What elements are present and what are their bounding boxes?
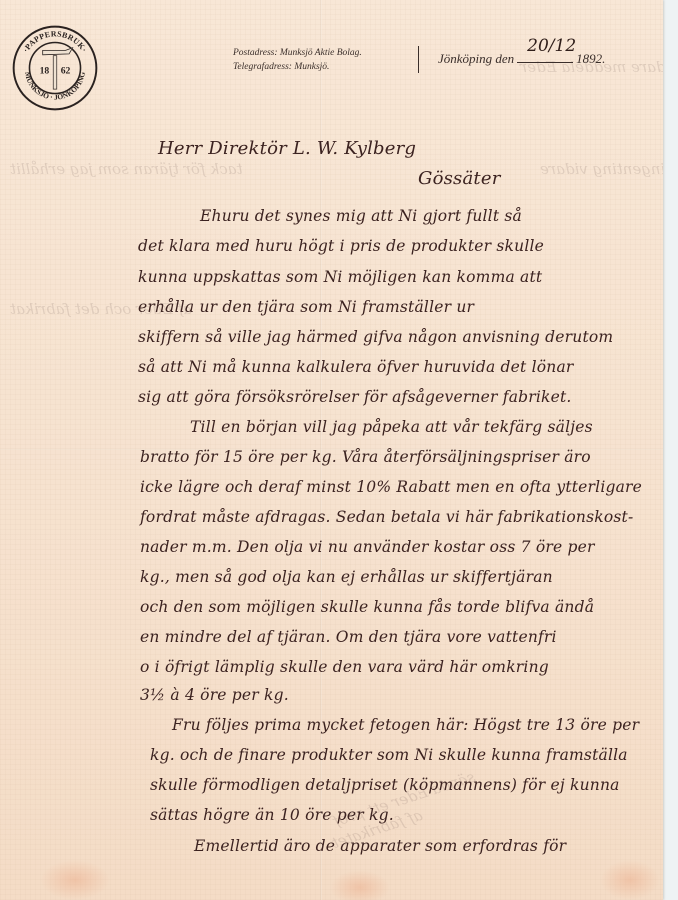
year-label: 1892. — [576, 51, 605, 67]
body-line: kunna uppskattas som Ni möjligen kan kom… — [138, 268, 542, 286]
body-line: skulle förmodligen detaljpriset (köpmann… — [150, 776, 620, 794]
handwritten-date: 20/12 — [527, 36, 576, 56]
body-line: kg. och de finare produkter som Ni skull… — [150, 746, 628, 764]
svg-text:62: 62 — [61, 65, 71, 76]
date-blank: 20/12 — [517, 48, 573, 63]
body-line: och den som möjligen skulle kunna fås to… — [140, 598, 594, 616]
body-line: kg., men så god olja kan ej erhållas ur … — [140, 568, 553, 586]
bleed-through-text: att jag nu ingenting vidare — [540, 160, 663, 178]
body-line: en mindre del af tjäran. Om den tjära vo… — [140, 628, 557, 646]
paper-stain — [600, 860, 660, 900]
bleed-through-text: tack för tjäran som jag erhållit — [10, 160, 243, 178]
paper-stain — [330, 870, 390, 900]
body-line: nader m.m. Den olja vi nu använder kosta… — [140, 538, 595, 556]
paper-stain — [40, 860, 110, 900]
body-line: sig att göra försöksrörelser för afsågev… — [138, 388, 572, 406]
place-label: Jönköping den — [438, 51, 514, 67]
body-line: Till en början vill jag påpeka att vår t… — [190, 418, 593, 436]
body-line: Fru följes prima mycket fetogen här: Hög… — [172, 716, 639, 734]
body-line: så att Ni må kunna kalkulera öfver huruv… — [138, 358, 574, 376]
body-line: Emellertid äro de apparater som erfordra… — [194, 837, 566, 855]
telegraph-address: Telegrafadress: Munksjö. — [233, 60, 362, 74]
body-line: o i öfrigt lämplig skulle den vara värd … — [140, 658, 549, 676]
svg-text:18: 18 — [40, 65, 50, 76]
letterhead-address: Postadress: Munksjö Aktie Bolag. Telegra… — [233, 46, 362, 74]
body-line: bratto för 15 öre per kg. Våra återförsä… — [140, 448, 591, 466]
body-line: skiffern så ville jag härmed gifva någon… — [138, 328, 613, 346]
body-line: det klara med huru högt i pris de produk… — [138, 237, 544, 255]
brace-divider — [418, 46, 423, 73]
body-line: icke lägre och deraf minst 10% Rabatt me… — [140, 478, 642, 496]
body-line: Ehuru det synes mig att Ni gjort fullt s… — [200, 207, 522, 225]
body-line: fordrat måste afdragas. Sedan betala vi … — [140, 508, 633, 526]
body-line: erhålla ur den tjära som Ni framställer … — [138, 298, 474, 316]
recipient-line: Herr Direktör L. W. Kylberg — [158, 138, 416, 159]
letter-page: vidare meddela Eder att jag nu ingenting… — [0, 0, 663, 900]
body-line: sättas högre än 10 öre per kg. — [150, 806, 394, 824]
postal-address: Postadress: Munksjö Aktie Bolag. — [233, 46, 362, 60]
company-seal: ·PAPPERSBRUK· MUNKSJÖ · JÖNKÖPING 18 62 — [11, 24, 99, 112]
recipient-place: Gössäter — [418, 168, 501, 189]
body-line: 3½ à 4 öre per kg. — [140, 686, 289, 704]
date-line: Jönköping den 20/12 1892. — [438, 48, 605, 67]
